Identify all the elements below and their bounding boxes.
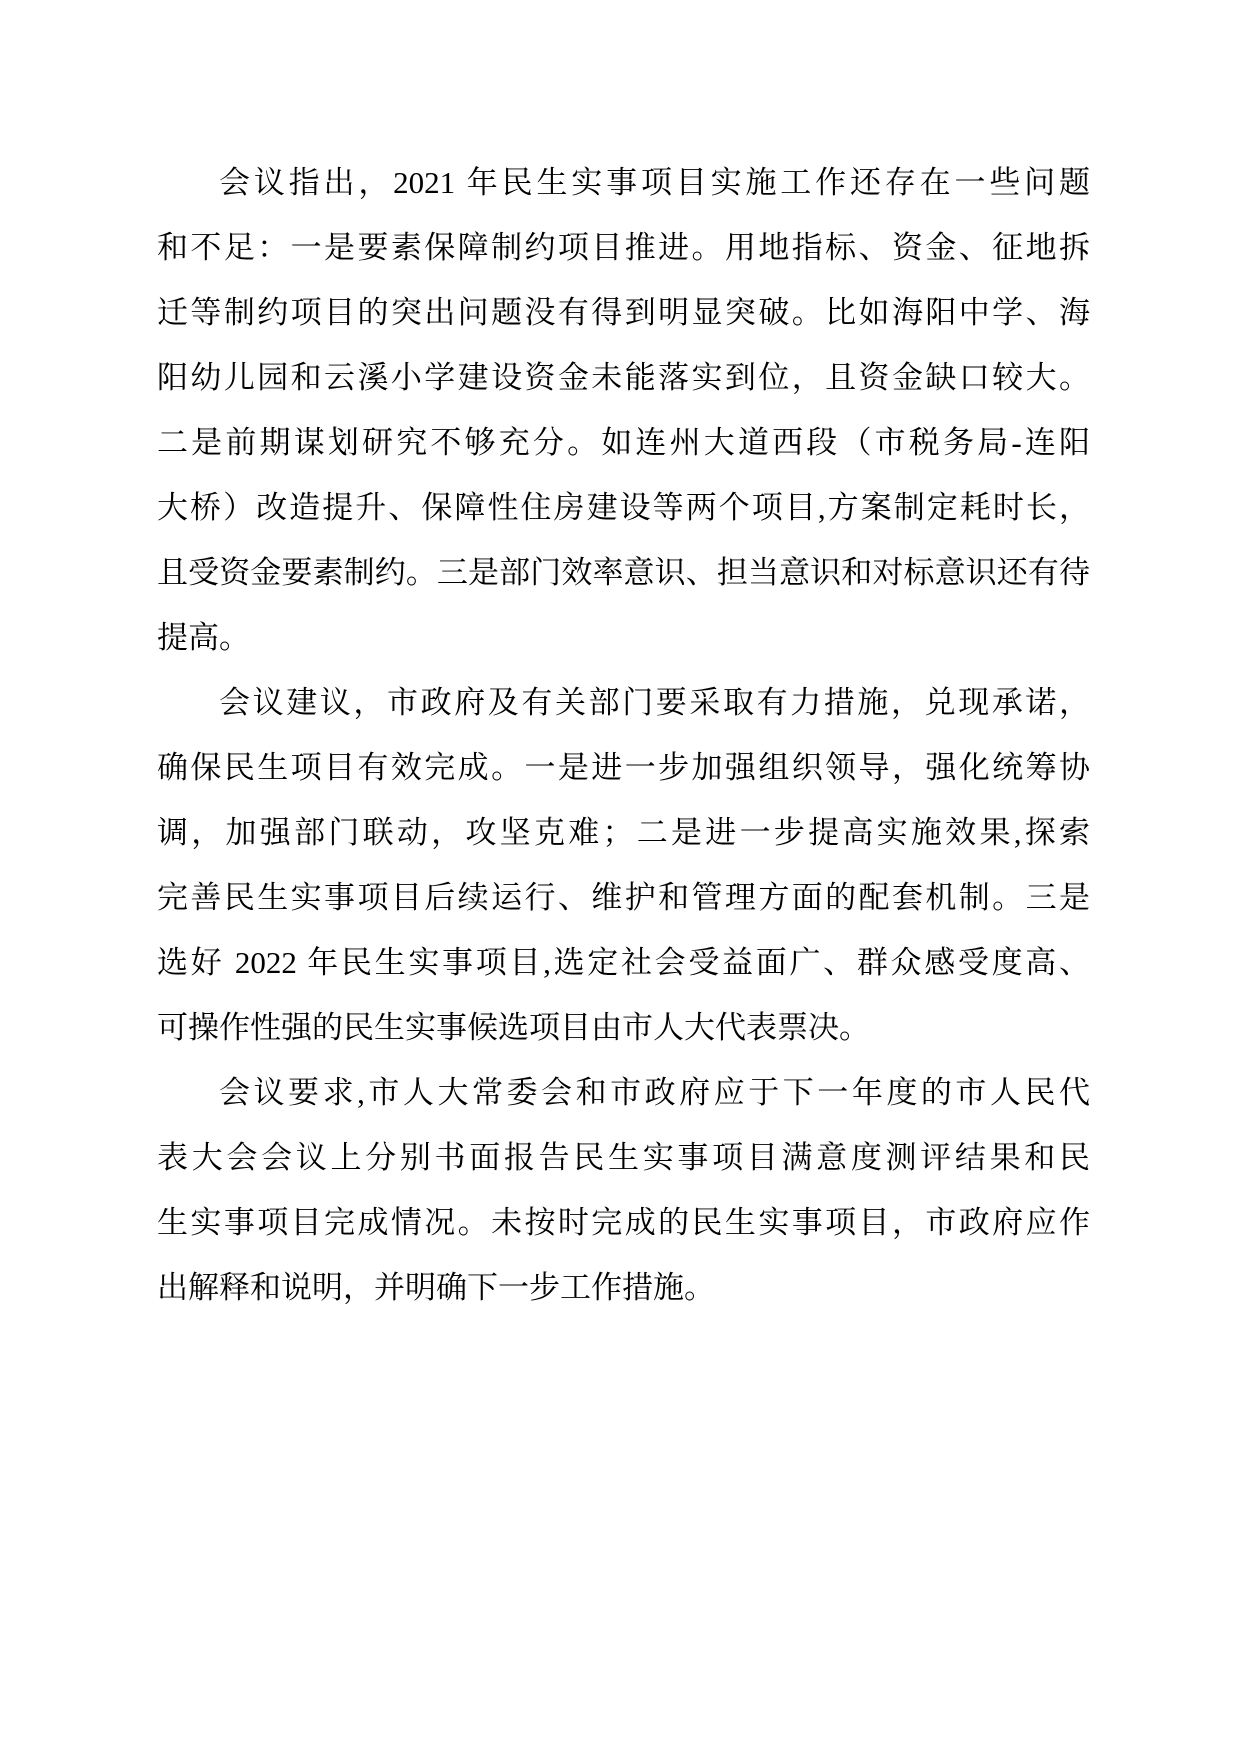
document-page: 会议指出，2021 年民生实事项目实施工作还存在一些问题 和不足：一是要素保障制… <box>0 0 1240 1754</box>
text-line: 提高。 <box>157 605 1090 670</box>
text-line: 会议建议，市政府及有关部门要采取有力措施，兑现承诺， <box>157 670 1090 735</box>
text-line: 表大会会议上分别书面报告民生实事项目满意度测评结果和民 <box>157 1125 1090 1190</box>
text-line: 且受资金要素制约。三是部门效率意识、担当意识和对标意识还有待 <box>157 540 1090 605</box>
text-line: 生实事项目完成情况。未按时完成的民生实事项目，市政府应作 <box>157 1190 1090 1255</box>
text-line: 会议要求,市人大常委会和市政府应于下一年度的市人民代 <box>157 1060 1090 1125</box>
text-line: 出解释和说明，并明确下一步工作措施。 <box>157 1255 1090 1320</box>
text-line: 大桥）改造提升、保障性住房建设等两个项目,方案制定耗时长， <box>157 475 1090 540</box>
document-body: 会议指出，2021 年民生实事项目实施工作还存在一些问题 和不足：一是要素保障制… <box>157 150 1090 1320</box>
text-line: 会议指出，2021 年民生实事项目实施工作还存在一些问题 <box>157 150 1090 215</box>
text-line: 完善民生实事项目后续运行、维护和管理方面的配套机制。三是 <box>157 865 1090 930</box>
text-line: 阳幼儿园和云溪小学建设资金未能落实到位，且资金缺口较大。 <box>157 345 1090 410</box>
text-line: 确保民生项目有效完成。一是进一步加强组织领导，强化统筹协 <box>157 735 1090 800</box>
text-line: 调，加强部门联动，攻坚克难；二是进一步提高实施效果,探索 <box>157 800 1090 865</box>
text-line: 可操作性强的民生实事候选项目由市人大代表票决。 <box>157 995 1090 1060</box>
text-line: 二是前期谋划研究不够充分。如连州大道西段（市税务局-连阳 <box>157 410 1090 475</box>
text-line: 选好 2022 年民生实事项目,选定社会受益面广、群众感受度高、 <box>157 930 1090 995</box>
text-line: 迁等制约项目的突出问题没有得到明显突破。比如海阳中学、海 <box>157 280 1090 345</box>
text-line: 和不足：一是要素保障制约项目推进。用地指标、资金、征地拆 <box>157 215 1090 280</box>
